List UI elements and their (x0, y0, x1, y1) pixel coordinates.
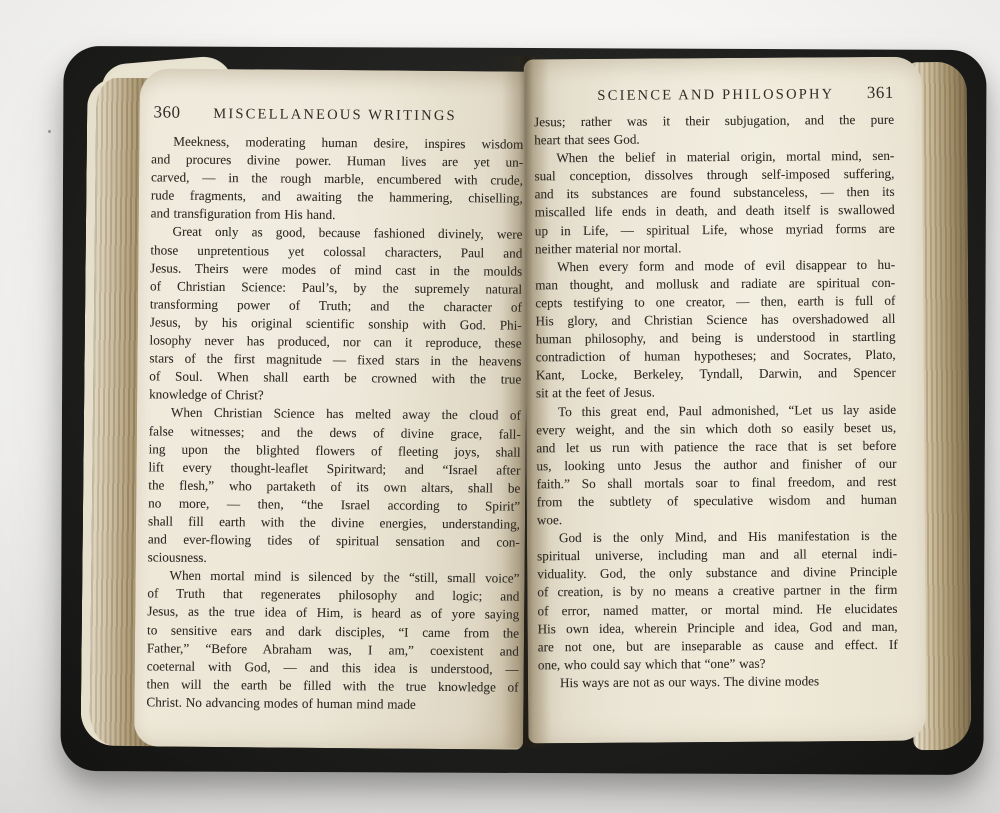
paragraph: Great only as good, because fashioned di… (149, 223, 523, 407)
text-line: from the subtlety of speculative wisdom … (537, 491, 897, 512)
text-line: are not one, but are inseparable as caus… (538, 636, 898, 657)
paragraph: God is the only Mind, and His manifestat… (537, 527, 898, 674)
left-running-head: MISCELLANEOUS WRITINGS (211, 106, 458, 125)
dust-speck (48, 130, 51, 133)
text-line: Kant, Locke, Berkeley, Tyndall, Darwin, … (536, 364, 896, 385)
open-book: 360 MISCELLANEOUS WRITINGS Meekness, mod… (62, 48, 985, 773)
photo-background: 360 MISCELLANEOUS WRITINGS Meekness, mod… (0, 0, 1000, 813)
right-page-text: Jesus; rather was it their subjugation, … (534, 111, 898, 692)
right-page-number: 361 (836, 83, 894, 103)
right-page: SCIENCE AND PHILOSOPHY 361 Jesus; rather… (524, 57, 927, 744)
text-line: To this great end, Paul admonished, “Let… (536, 400, 896, 421)
left-page: 360 MISCELLANEOUS WRITINGS Meekness, mod… (134, 68, 529, 749)
paragraph: When every form and mode of evil disappe… (535, 256, 896, 403)
left-page-text: Meekness, moderating human desire, inspi… (146, 132, 523, 714)
text-line: His own idea, wherein Principle and idea… (538, 617, 898, 638)
text-line: When every form and mode of evil disappe… (535, 256, 895, 277)
paragraph: Meekness, moderating human desire, inspi… (151, 132, 524, 226)
paragraph: When the belief in material origin, mort… (534, 147, 895, 258)
text-line: of creation, is by no means a creative p… (537, 581, 897, 602)
left-page-number: 360 (153, 102, 211, 123)
paragraph: His ways are not as our ways. The divine… (538, 672, 898, 693)
text-line: and let us run with patience the race th… (536, 436, 896, 457)
paragraph: When Christian Science has melted away t… (148, 404, 521, 570)
text-line: us, looking unto Jesus the author and fi… (536, 455, 896, 476)
paragraph: Jesus; rather was it their subjugation, … (534, 111, 894, 150)
left-page-header: 360 MISCELLANEOUS WRITINGS (153, 102, 516, 125)
paragraph: When mortal mind is silenced by the “sti… (146, 567, 519, 715)
header-spacer (459, 120, 517, 121)
text-line: His ways are not as our ways. The divine… (538, 672, 898, 693)
text-line: Jesus; rather was it their subjugation, … (534, 111, 894, 132)
text-line: miscalled life ends in death, and death … (535, 201, 895, 222)
text-line: Christ. No advancing modes of human mind… (146, 693, 518, 714)
right-running-head: SCIENCE AND PHILOSOPHY (596, 86, 836, 105)
right-page-header: SCIENCE AND PHILOSOPHY 361 (538, 83, 894, 105)
text-line: up in Life, — spiritual Life, whose myri… (535, 219, 895, 240)
paragraph: To this great end, Paul admonished, “Let… (536, 400, 897, 529)
text-line: of error, named matter, or mortal mind. … (537, 599, 897, 620)
text-line: man thought, and mollusk and radiate are… (535, 274, 895, 295)
text-line: every weight, and the sin which doth so … (536, 418, 896, 439)
